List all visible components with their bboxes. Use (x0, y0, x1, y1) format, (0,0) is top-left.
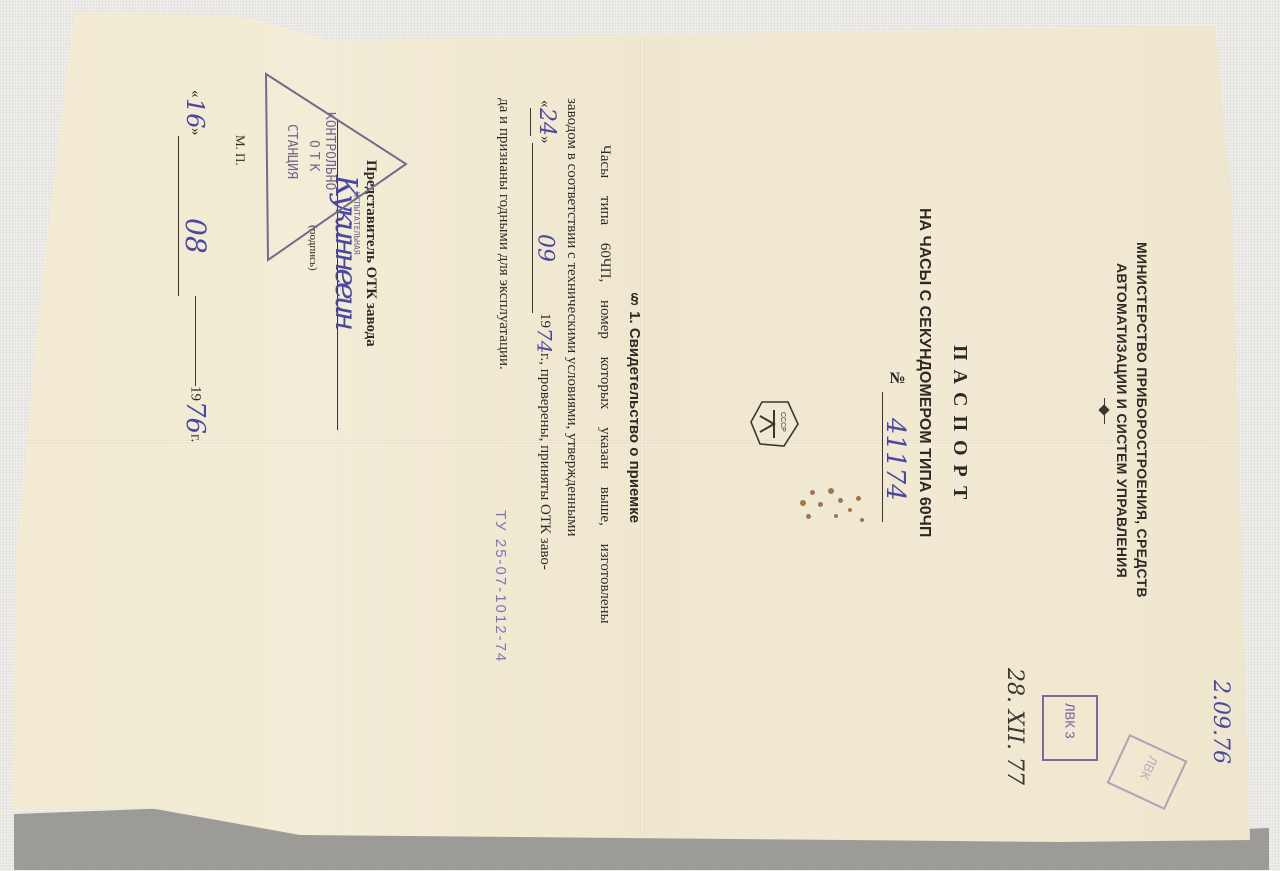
mp-label: М. П. (232, 135, 248, 166)
ministry-line-2: АВТОМАТИЗАЦИИ И СИСТЕМ УПРАВЛЕНИЯ (1112, 200, 1132, 640)
sign-date: « 16 » 08 19 76 г. (178, 90, 212, 442)
accept-day: 24 (530, 108, 559, 136)
accept-year: 74 (533, 328, 557, 353)
svg-text:СССР: СССР (779, 412, 786, 432)
sign-day: 16 (181, 98, 209, 129)
serial-number: 41174 (880, 418, 910, 501)
body-line-1: Часы типа 60ЧП, номер которых указан выш… (596, 145, 613, 624)
body-line-4: да и признаны годными для эксплуатации. (495, 98, 512, 370)
handwritten-date-1: 28. XII. 77 (1002, 668, 1027, 785)
passport-document: МИНИСТЕРСТВО ПРИБОРОСТРОЕНИЯ, СРЕДСТВ АВ… (0, 0, 1280, 871)
page-title: ПАСПОРТ (948, 345, 971, 508)
quality-mark-icon: СССР (748, 398, 800, 450)
rust-stains (790, 480, 870, 530)
lvk-stamp-text: ЛВК 3 (1063, 703, 1078, 739)
section-heading: § 1. Свидетельство о приемке (626, 290, 643, 523)
ministry-header: МИНИСТЕРСТВО ПРИБОРОСТРОЕНИЯ, СРЕДСТВ АВ… (1112, 200, 1152, 640)
body-line-2: заводом в соответствии с техническими ус… (563, 98, 580, 537)
handwritten-date-2: 2.09.76 (1208, 680, 1233, 764)
lvk-stamp: ЛВК 3 (1042, 695, 1098, 761)
faded-lvk-stamp: ЛВК (1107, 734, 1188, 810)
sign-year: 76 (180, 401, 210, 434)
sign-month: 08 (178, 136, 212, 296)
body-line-3: « 24 » 09 19 74 г., проверены, приняты О… (530, 100, 559, 570)
ornament-diamond-icon (1098, 404, 1109, 415)
accept-month: 09 (532, 143, 558, 313)
ussr-quality-emblem: СССР (748, 398, 800, 450)
number-label: № (888, 370, 906, 387)
tu-stamp: ТУ 25-07-1012-74 (492, 510, 509, 663)
otk-triangle-stamp: КОНТРОЛЬНО ОТК СТАНЦИЯ ИСПЫТАТЕЛЬНАЯ (262, 72, 408, 262)
ministry-line-1: МИНИСТЕРСТВО ПРИБОРОСТРОЕНИЯ, СРЕДСТВ (1132, 200, 1152, 640)
document-subtitle: НА ЧАСЫ С СЕКУНДОМЕРОМ ТИПА 60ЧП (915, 208, 933, 537)
